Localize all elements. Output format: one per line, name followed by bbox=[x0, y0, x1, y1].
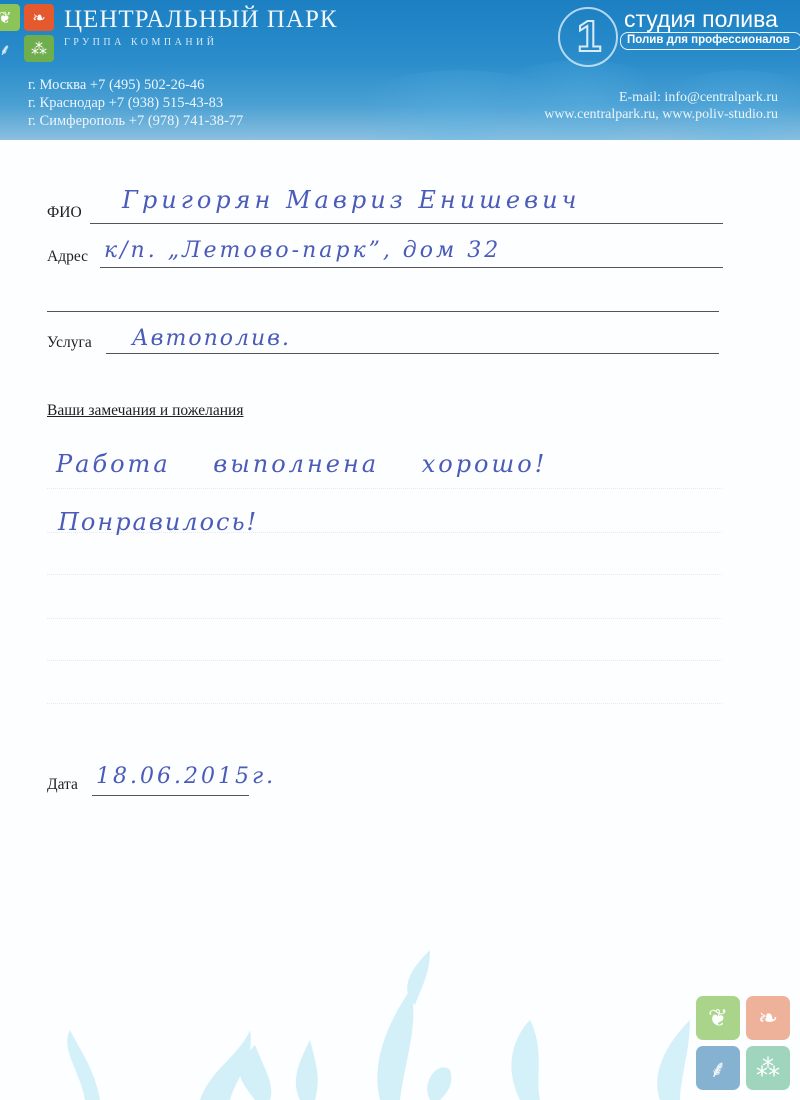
field-label: Дата bbox=[47, 776, 78, 794]
remarks-line-1: Работа выполнена хорошо! bbox=[56, 450, 547, 478]
fern-icon: ⸙ bbox=[696, 1046, 740, 1090]
ruled-line bbox=[47, 488, 722, 489]
underline bbox=[100, 267, 723, 268]
ruled-line bbox=[47, 574, 722, 575]
contact-simferopol: г. Симферополь +7 (978) 741-38-77 bbox=[28, 112, 243, 130]
remarks-heading: Ваши замечания и пожелания bbox=[47, 402, 243, 420]
leaf-sprig-icon: ❦ bbox=[696, 996, 740, 1040]
studio-tagline: Полив для профессионалов bbox=[620, 32, 800, 50]
letterhead: ❦ ❧ ⸙ ⁂ ЦЕНТРАЛЬНЫЙ ПАРК ГРУППА КОМПАНИЙ… bbox=[0, 0, 800, 140]
berries-icon: ⁂ bbox=[24, 35, 54, 62]
berries-icon: ⁂ bbox=[746, 1046, 790, 1090]
full-name-value: Григорян Мавриз Енишевич bbox=[122, 186, 580, 214]
contact-krasnodar: г. Краснодар +7 (938) 515-43-83 bbox=[28, 94, 243, 112]
remarks-line-2: Понравилось! bbox=[58, 508, 258, 536]
email: E-mail: info@centralpark.ru bbox=[544, 89, 778, 106]
underline bbox=[106, 353, 719, 354]
fern-icon: ⸙ bbox=[0, 35, 20, 62]
leaf-icon: ❧ bbox=[746, 996, 790, 1040]
field-label: ФИО bbox=[47, 204, 82, 222]
websites: www.centralpark.ru, www.poliv-studio.ru bbox=[544, 106, 778, 123]
company-name: ЦЕНТРАЛЬНЫЙ ПАРК bbox=[64, 6, 338, 34]
studio-logo-icon: 1 bbox=[558, 7, 618, 67]
company-subtitle: ГРУППА КОМПАНИЙ bbox=[64, 37, 217, 48]
leaf-sprig-icon: ❦ bbox=[0, 4, 20, 31]
field-address-continuation bbox=[47, 288, 727, 312]
underline bbox=[90, 223, 723, 224]
studio-name: студия полива bbox=[624, 6, 778, 33]
service-value: Автополив. bbox=[132, 326, 291, 351]
central-park-logo: ❦ ❧ ⸙ ⁂ bbox=[0, 4, 56, 62]
address-value: к/п. „Летово-парк”, дом 32 bbox=[104, 238, 501, 263]
floral-ornament bbox=[0, 920, 800, 1100]
field-label: Услуга bbox=[47, 334, 92, 352]
contact-moscow: г. Москва +7 (495) 502-26-46 bbox=[28, 76, 243, 94]
ruled-line bbox=[47, 618, 722, 619]
underline bbox=[92, 795, 249, 796]
field-label: Адрес bbox=[47, 248, 88, 266]
ruled-line bbox=[47, 660, 722, 661]
web-contacts: E-mail: info@centralpark.ru www.centralp… bbox=[544, 89, 778, 123]
ruled-line bbox=[47, 703, 722, 704]
corner-logo: ❦ ❧ ⸙ ⁂ bbox=[696, 996, 792, 1092]
underline bbox=[47, 311, 719, 312]
date-value: 18.06.2015г. bbox=[96, 764, 276, 789]
contact-phones: г. Москва +7 (495) 502-26-46 г. Краснода… bbox=[28, 76, 243, 130]
leaf-icon: ❧ bbox=[24, 4, 54, 31]
